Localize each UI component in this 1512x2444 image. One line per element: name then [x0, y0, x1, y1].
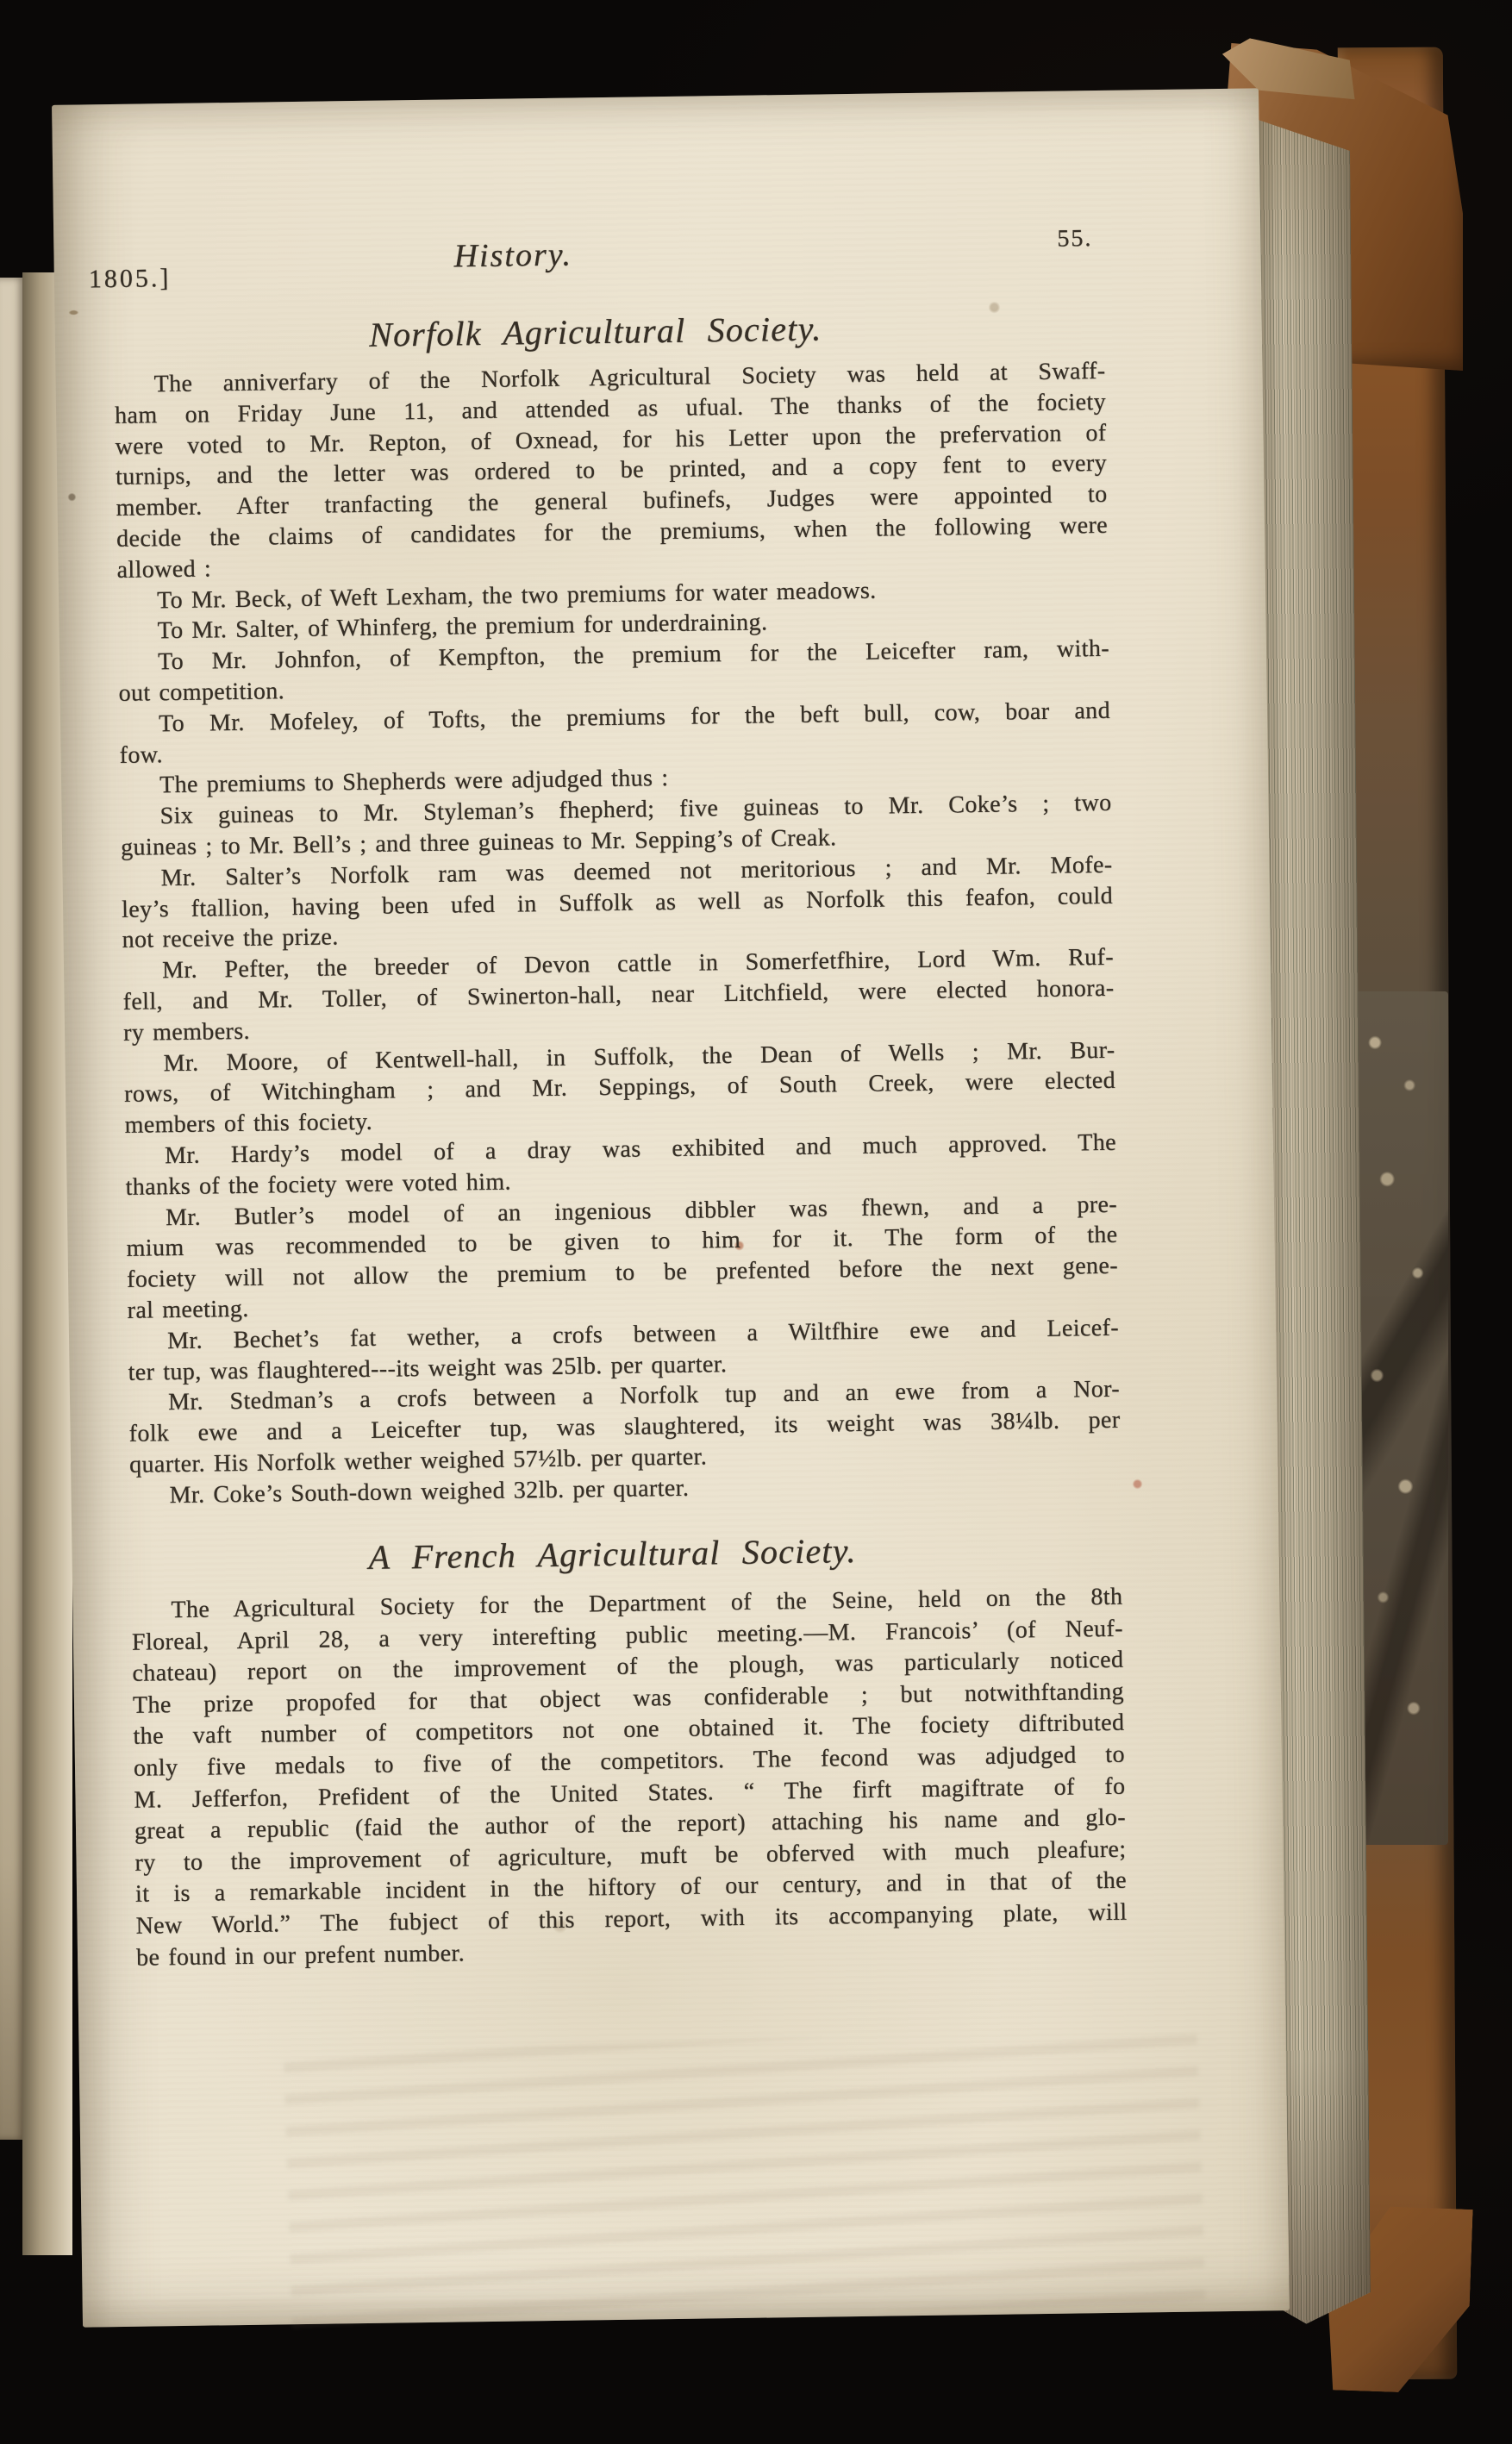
section-title-french: A French Agricultural Society. — [116, 1527, 1109, 1581]
section-french-body: The Agricultural Society for the Departm… — [131, 1582, 1128, 1974]
year-label: 1805.] — [89, 264, 172, 294]
section-norfolk-body: The anniverfary of the Norfolk Agricultu… — [114, 356, 1121, 1511]
book-photo: 1805.] History. 55. Norfolk Agricultural… — [0, 0, 1512, 2444]
running-title: History. — [453, 235, 572, 275]
book-page: 1805.] History. 55. Norfolk Agricultural… — [52, 88, 1290, 2327]
section-title-norfolk: Norfolk Agricultural Society. — [100, 304, 1092, 359]
page-number: 55. — [1057, 225, 1092, 253]
text-block: 1805.] History. 55. Norfolk Agricultural… — [110, 91, 1102, 104]
page-showthrough-smudge — [284, 2025, 1206, 2329]
